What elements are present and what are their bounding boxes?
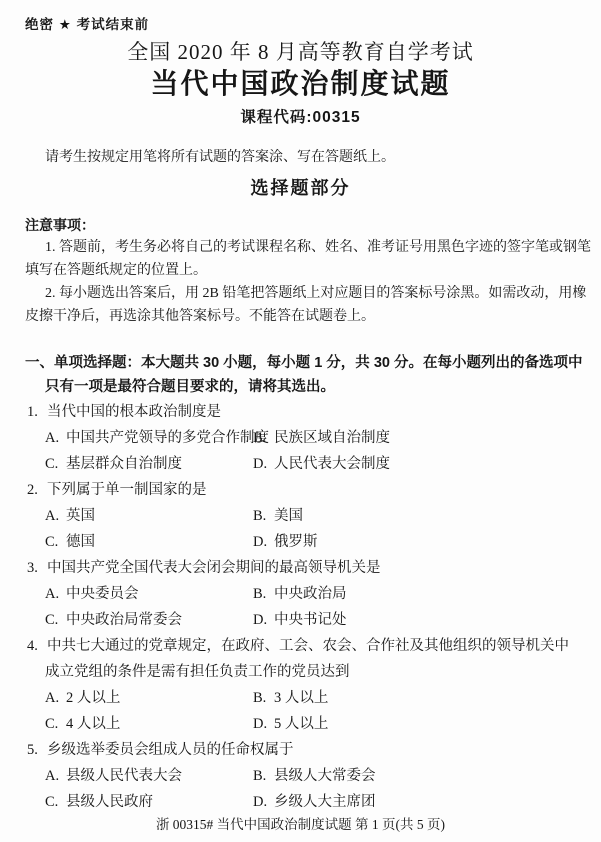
question-stem-continued: 成立党组的条件是需有担任负责工作的党员达到 — [25, 659, 583, 685]
answer-instruction: 请考生按规定用笔将所有试题的答案涂、写在答题纸上。 — [45, 146, 583, 166]
question-number: 1. — [25, 399, 47, 425]
option-b: B. 民族区域自治制度 — [253, 425, 583, 451]
question-number: 3. — [25, 555, 47, 581]
option-text: 俄罗斯 — [274, 529, 318, 555]
question-number: 4. — [25, 633, 47, 659]
option-a: A. 县级人民代表大会 — [45, 763, 253, 789]
option-label: D. — [253, 789, 274, 815]
option-label: A. — [45, 581, 66, 607]
option-d: D. 乡级人大主席团 — [253, 789, 583, 815]
option-label: D. — [253, 451, 274, 477]
option-label: B. — [253, 763, 274, 789]
option-text: 5 人以上 — [274, 711, 328, 737]
notes-heading: 注意事项： — [25, 215, 583, 235]
question-5: 5. 乡级选举委员会组成人员的任命权属于 A. 县级人民代表大会 B. 县级人大… — [25, 737, 583, 815]
option-label: A. — [45, 503, 66, 529]
option-text: 县级人民代表大会 — [66, 763, 182, 789]
option-text: 中国共产党领导的多党合作制度 — [66, 425, 269, 451]
question-stem: 中共七大通过的党章规定，在政府、工会、农会、合作社及其他组织的领导机关中 — [47, 633, 569, 659]
option-label: B. — [253, 685, 274, 711]
option-label: C. — [45, 607, 66, 633]
exam-paper-title: 当代中国政治制度试题 — [0, 62, 601, 102]
option-text: 中央书记处 — [274, 607, 347, 633]
option-text: 民族区域自治制度 — [274, 425, 390, 451]
course-code: 课程代码:00315 — [0, 105, 601, 127]
page-footer: 浙 00315# 当代中国政治制度试题 第 1 页(共 5 页) — [0, 813, 601, 833]
option-text: 人民代表大会制度 — [274, 451, 390, 477]
question-number: 5. — [25, 737, 47, 763]
option-label: D. — [253, 711, 274, 737]
option-label: A. — [45, 763, 66, 789]
question-list: 1. 当代中国的根本政治制度是 A. 中国共产党领导的多党合作制度 B. 民族区… — [25, 399, 583, 815]
question-stem: 下列属于单一制国家的是 — [47, 477, 207, 503]
option-a: A. 2 人以上 — [45, 685, 253, 711]
option-text: 中央委员会 — [66, 581, 139, 607]
question-stem: 当代中国的根本政治制度是 — [47, 399, 221, 425]
single-choice-heading-line-2: 只有一项是最符合题目要求的，请将其选出。 — [25, 375, 583, 399]
single-choice-heading: 一、单项选择题：本大题共 30 小题，每小题 1 分，共 30 分。在每小题列出… — [25, 351, 583, 399]
option-text: 县级人大常委会 — [274, 763, 376, 789]
option-text: 基层群众自治制度 — [66, 451, 182, 477]
note-2-line-2: 皮擦干净后，再选涂其他答案标号。不能答在试题卷上。 — [25, 305, 583, 328]
option-d: D. 5 人以上 — [253, 711, 583, 737]
question-3: 3. 中国共产党全国代表大会闭会期间的最高领导机关是 A. 中央委员会 B. 中… — [25, 555, 583, 633]
option-label: C. — [45, 529, 66, 555]
option-b: B. 中央政治局 — [253, 581, 583, 607]
option-text: 英国 — [66, 503, 95, 529]
option-a: A. 中国共产党领导的多党合作制度 — [45, 425, 253, 451]
option-text: 美国 — [274, 503, 303, 529]
single-choice-heading-line-1: 一、单项选择题：本大题共 30 小题，每小题 1 分，共 30 分。在每小题列出… — [25, 351, 583, 375]
classification-banner: 绝密 ★ 考试结束前 — [25, 13, 583, 33]
option-text: 4 人以上 — [66, 711, 120, 737]
option-label: D. — [253, 529, 274, 555]
option-text: 乡级人大主席团 — [274, 789, 376, 815]
exam-paper-page: 绝密 ★ 考试结束前 全国 2020 年 8 月高等教育自学考试 当代中国政治制… — [0, 0, 601, 842]
option-c: C. 中央政治局常委会 — [45, 607, 253, 633]
option-label: B. — [253, 503, 274, 529]
note-1-line-1: 1. 答题前，考生务必将自己的考试课程名称、姓名、准考证号用黑色字迹的签字笔或钢… — [25, 236, 583, 259]
option-label: B. — [253, 425, 274, 451]
option-c: C. 县级人民政府 — [45, 789, 253, 815]
option-label: D. — [253, 607, 274, 633]
question-4: 4. 中共七大通过的党章规定，在政府、工会、农会、合作社及其他组织的领导机关中 … — [25, 633, 583, 737]
note-1-line-2: 填写在答题纸规定的位置上。 — [25, 259, 583, 282]
question-2: 2. 下列属于单一制国家的是 A. 英国 B. 美国 C. 德国 D. — [25, 477, 583, 555]
option-c: C. 基层群众自治制度 — [45, 451, 253, 477]
option-label: C. — [45, 789, 66, 815]
option-label: A. — [45, 685, 66, 711]
option-b: B. 3 人以上 — [253, 685, 583, 711]
question-stem: 乡级选举委员会组成人员的任命权属于 — [47, 737, 294, 763]
option-a: A. 中央委员会 — [45, 581, 253, 607]
option-label: B. — [253, 581, 274, 607]
option-d: D. 中央书记处 — [253, 607, 583, 633]
option-b: B. 美国 — [253, 503, 583, 529]
question-stem: 中国共产党全国代表大会闭会期间的最高领导机关是 — [47, 555, 381, 581]
question-1: 1. 当代中国的根本政治制度是 A. 中国共产党领导的多党合作制度 B. 民族区… — [25, 399, 583, 477]
option-text: 3 人以上 — [274, 685, 328, 711]
question-number: 2. — [25, 477, 47, 503]
option-c: C. 4 人以上 — [45, 711, 253, 737]
option-d: D. 俄罗斯 — [253, 529, 583, 555]
option-label: C. — [45, 451, 66, 477]
option-a: A. 英国 — [45, 503, 253, 529]
note-2-line-1: 2. 每小题选出答案后，用 2B 铅笔把答题纸上对应题目的答案标号涂黑。如需改动… — [25, 282, 583, 305]
option-c: C. 德国 — [45, 529, 253, 555]
option-label: C. — [45, 711, 66, 737]
option-text: 2 人以上 — [66, 685, 120, 711]
section-title-choice: 选择题部分 — [0, 174, 601, 200]
option-b: B. 县级人大常委会 — [253, 763, 583, 789]
option-label: A. — [45, 425, 66, 451]
option-text: 中央政治局常委会 — [66, 607, 182, 633]
option-d: D. 人民代表大会制度 — [253, 451, 583, 477]
notes-block: 1. 答题前，考生务必将自己的考试课程名称、姓名、准考证号用黑色字迹的签字笔或钢… — [25, 236, 583, 328]
option-text: 县级人民政府 — [66, 789, 153, 815]
option-text: 中央政治局 — [274, 581, 347, 607]
option-text: 德国 — [66, 529, 95, 555]
